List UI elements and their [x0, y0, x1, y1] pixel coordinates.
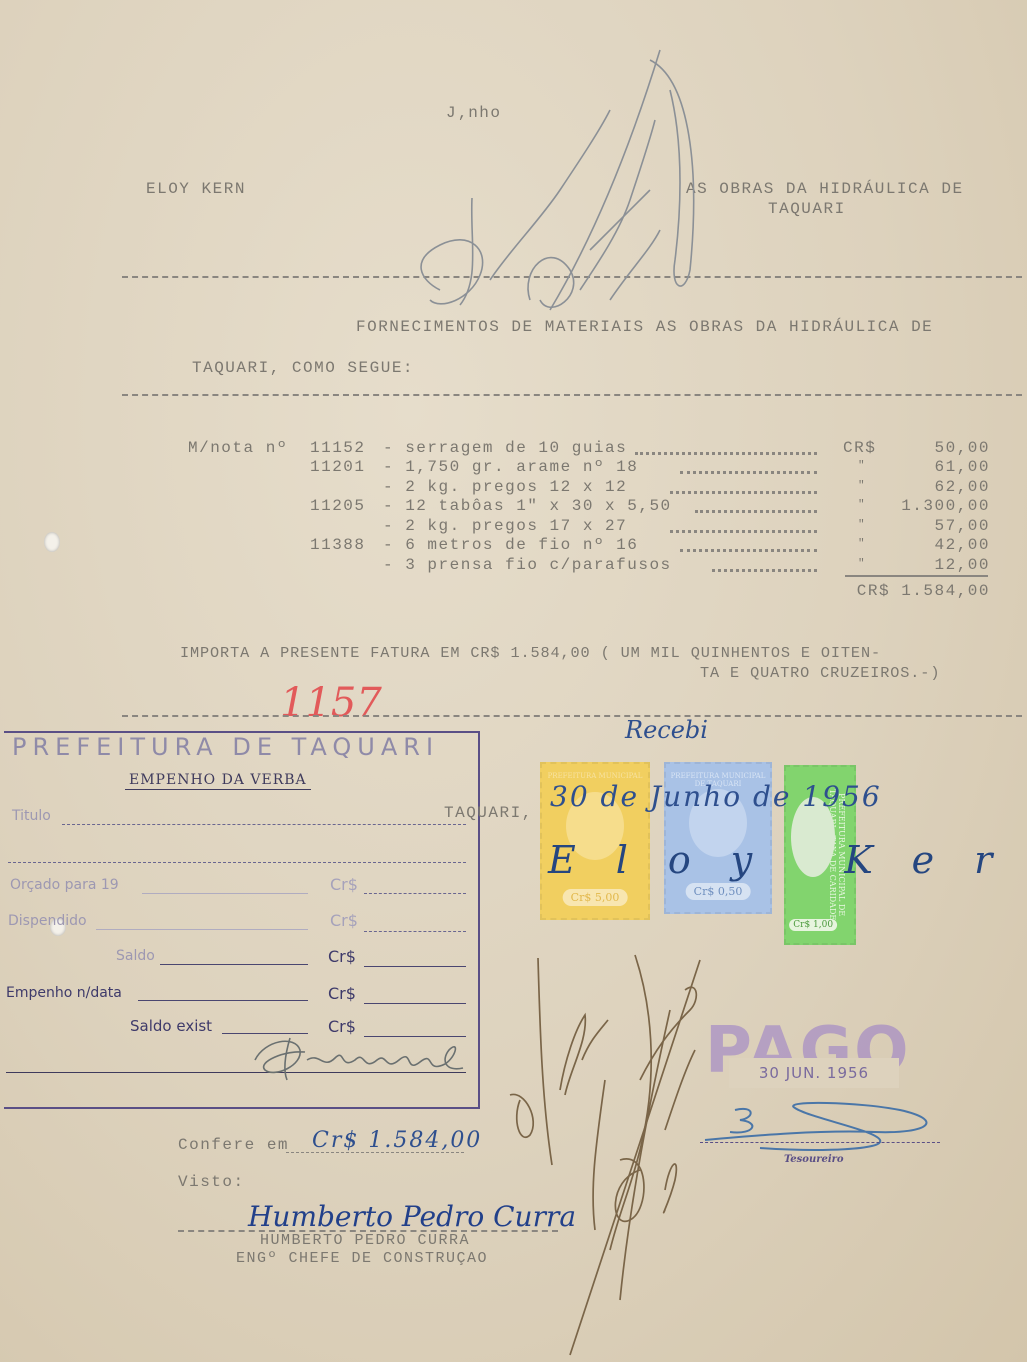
budget-stamp-title: PREFEITURA DE TAQUARI	[12, 733, 439, 761]
invoice-total: CR$ 1.584,00	[800, 582, 990, 600]
field-currency: Cr$	[328, 984, 356, 1003]
paid-stamp-date: 30 JUN. 1956	[729, 1058, 899, 1088]
field-label: Orçado para 19	[10, 877, 119, 893]
item-currency: CR$	[843, 439, 876, 457]
stamp-value: Cr$ 0,50	[686, 883, 751, 900]
supplier-name: ELOY KERN	[146, 180, 246, 198]
field-line	[160, 964, 308, 965]
item-amount: 50,00	[880, 439, 990, 457]
item-description: - 12 tabôas 1" x 30 x 5,50	[383, 497, 672, 515]
addressee-line-2: TAQUARI	[768, 200, 846, 218]
budget-stamp-signature	[245, 1030, 470, 1085]
item-nota: 11205	[310, 497, 366, 515]
record-number: 1157	[280, 680, 382, 726]
item-description: - 1,750 gr. arame nº 18	[383, 458, 638, 476]
stamp-value: Cr$ 5,00	[563, 889, 628, 906]
item-leader	[695, 510, 817, 513]
engineer-signature: Humberto Pedro Curra	[248, 1200, 576, 1233]
field-label: Saldo	[116, 948, 155, 964]
receipt-date: 30 de Junho de 1956	[550, 780, 882, 813]
approval-signature	[400, 20, 720, 340]
item-amount: 61,00	[880, 458, 990, 476]
field-currency: Cr$	[328, 947, 356, 966]
item-nota: 11201	[310, 458, 366, 476]
item-amount: 42,00	[880, 536, 990, 554]
field-value-line	[364, 931, 466, 932]
engineer-title: ENGº CHEFE DE CONSTRUÇAO	[236, 1250, 488, 1267]
conferido-value: Cr$ 1.584,00	[312, 1128, 482, 1153]
item-nota: 11152	[310, 439, 366, 457]
field-line-2	[8, 862, 466, 863]
conferido-label: Confere em	[178, 1136, 289, 1154]
stamp-header: PREFEITURA MUNICIPAL	[542, 772, 648, 780]
treasurer-signature	[700, 1100, 940, 1160]
budget-stamp-subtitle: EMPENHO DA VERBA	[125, 772, 311, 790]
addressee-line-1: AS OBRAS DA HIDRÁULICA DE	[686, 180, 964, 198]
amount-in-words-line-1: IMPORTA A PRESENTE FATURA EM CR$ 1.584,0…	[180, 644, 881, 662]
item-leader	[670, 491, 817, 494]
item-description: - serragem de 10 guias	[383, 439, 627, 457]
item-description: - 3 prensa fio c/parafusos	[383, 556, 672, 574]
visto-signature	[490, 950, 730, 1360]
field-line	[142, 893, 308, 894]
place: TAQUARI,	[444, 804, 533, 822]
punch-hole-top	[44, 532, 60, 552]
paid-stamp: PAGO 30 JUN. 1956	[705, 1020, 925, 1110]
item-ditto: "	[858, 460, 865, 472]
field-label: Titulo	[12, 808, 51, 824]
item-nota: 11388	[310, 536, 366, 554]
total-underline	[845, 575, 988, 577]
item-description: - 2 kg. pregos 17 x 27	[383, 517, 627, 535]
item-ditto: "	[858, 480, 865, 492]
item-description: - 2 kg. pregos 12 x 12	[383, 478, 627, 496]
item-leader	[680, 471, 817, 474]
description-line-2: TAQUARI, COMO SEGUE:	[192, 359, 414, 377]
item-amount: 57,00	[880, 517, 990, 535]
field-label: Dispendido	[8, 913, 87, 929]
received-note: Recebi	[625, 716, 708, 744]
supplier-signature: Eloy Kern	[548, 838, 1034, 882]
amount-in-words-line-2: TA E QUATRO CRUZEIROS.-)	[700, 664, 940, 682]
field-line	[96, 929, 308, 930]
field-label: Empenho n/data	[6, 985, 122, 1001]
item-leader	[680, 549, 817, 552]
item-amount: 12,00	[880, 556, 990, 574]
item-amount: 62,00	[880, 478, 990, 496]
field-label: Saldo exist	[130, 1017, 212, 1035]
treasurer-label: Tesoureiro	[784, 1154, 844, 1165]
visto-label: Visto:	[178, 1173, 245, 1191]
treasurer-line	[700, 1142, 940, 1143]
engineer-name: HUMBERTO PEDRO CURRA	[260, 1232, 470, 1249]
description-line-1: FORNECIMENTOS DE MATERIAIS AS OBRAS DA H…	[356, 318, 933, 336]
divider-2	[122, 394, 1022, 396]
divider-3	[122, 715, 1022, 717]
item-ditto: "	[858, 519, 865, 531]
item-leader	[635, 452, 817, 455]
stamp-value: Cr$ 1,00	[789, 919, 837, 931]
item-amount: 1.300,00	[880, 497, 990, 515]
item-ditto: "	[858, 558, 865, 570]
field-value-line	[364, 1003, 466, 1004]
field-currency: Cr$	[330, 911, 358, 930]
items-prefix: M/nota nº	[188, 439, 288, 457]
item-leader	[712, 569, 817, 572]
item-description: - 6 metros de fio nº 16	[383, 536, 638, 554]
item-leader	[670, 530, 817, 533]
field-line	[138, 1000, 308, 1001]
item-ditto: "	[858, 499, 865, 511]
field-value-line	[364, 893, 466, 894]
field-line	[62, 824, 466, 825]
item-ditto: "	[858, 538, 865, 550]
field-value-line	[364, 966, 466, 967]
field-currency: Cr$	[330, 875, 358, 894]
